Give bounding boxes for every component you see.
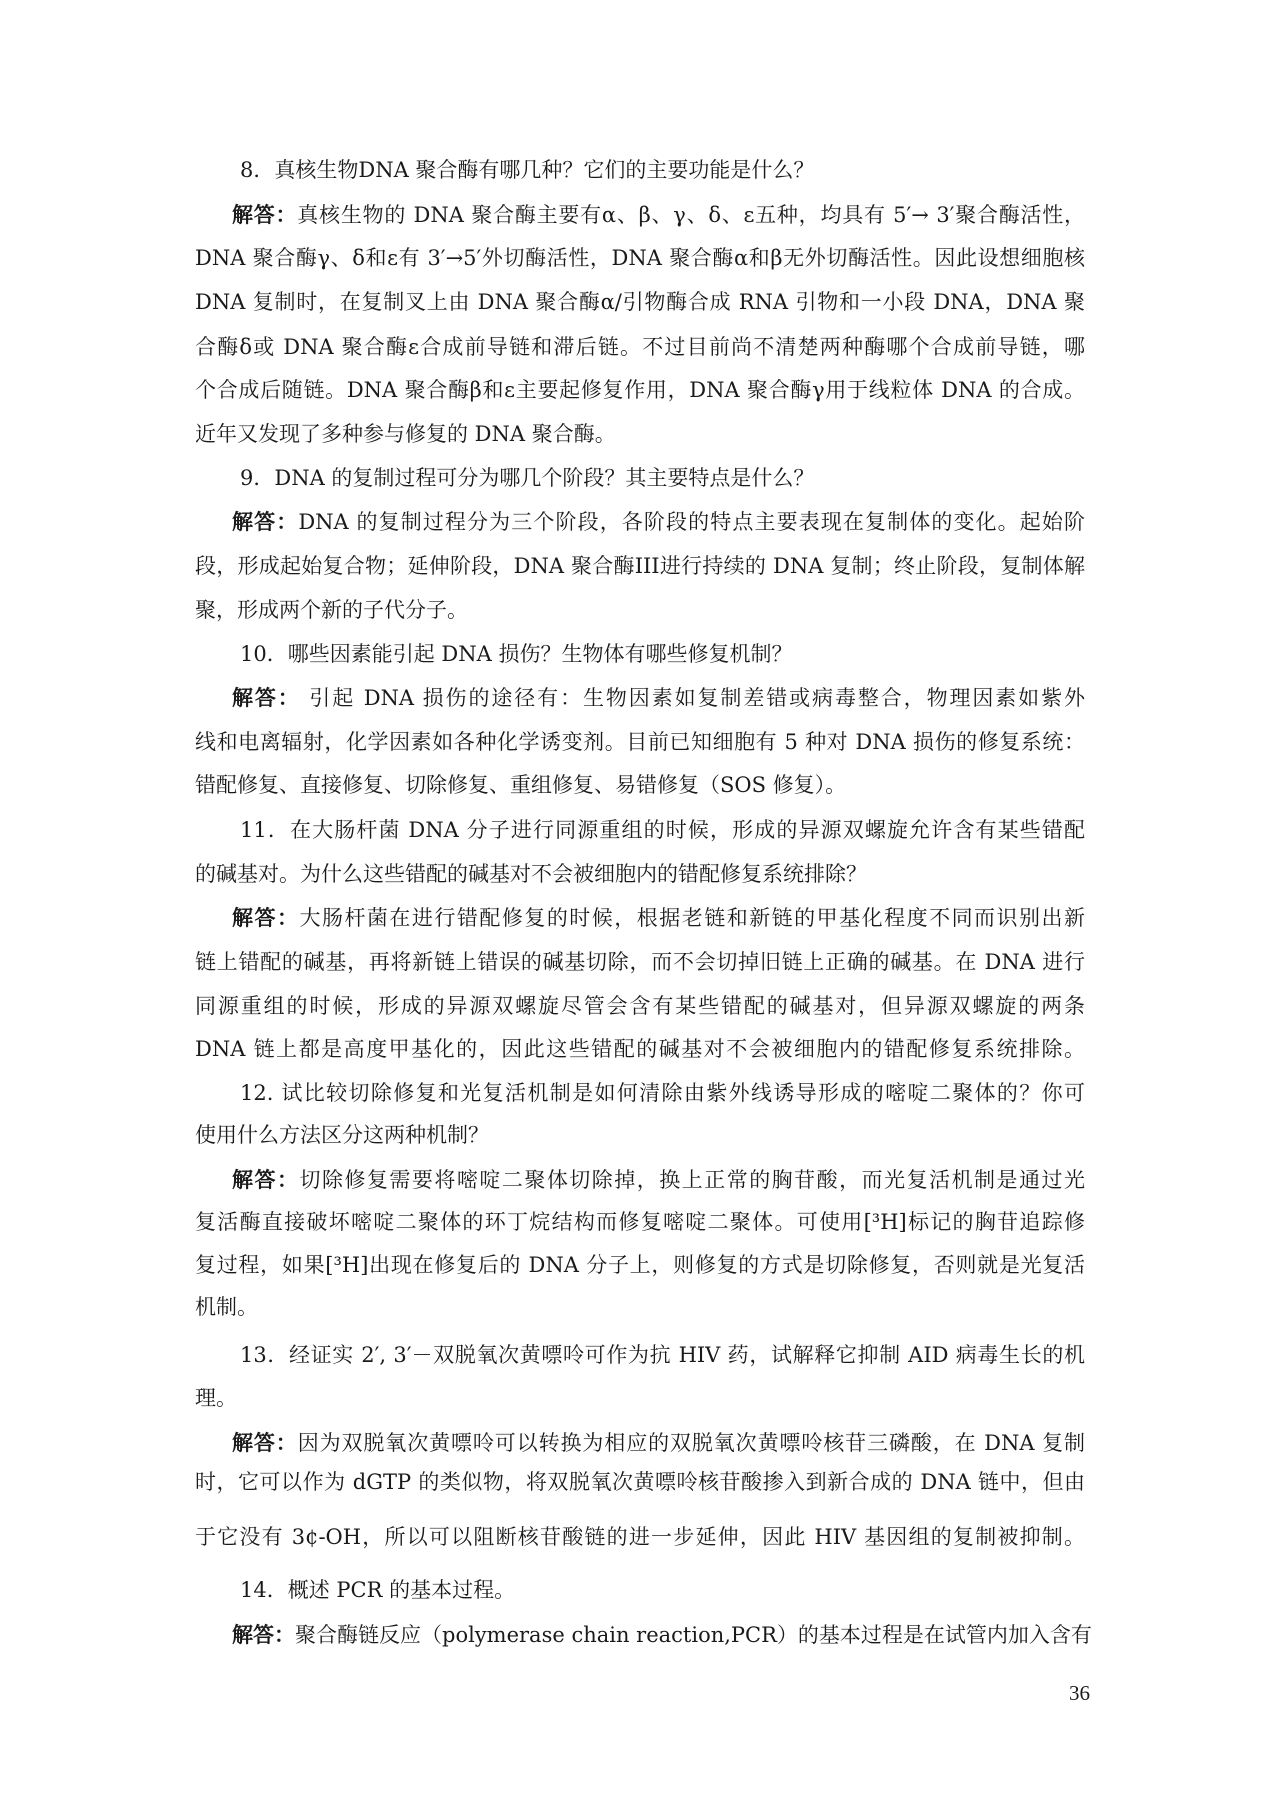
text-line: 于它没有 3¢-OH，所以可以阻断核苷酸链的进一步延伸，因此 HIV 基因组的复…	[195, 1522, 1085, 1552]
line-text: 切除修复需要将嘧啶二聚体切除掉，换上正常的胸苷酸，而光复活机制是通过光	[299, 1168, 1085, 1192]
line-text: 错配修复、直接修复、切除修复、重组修复、易错修复（SOS 修复）。	[195, 773, 846, 797]
text-line: 线和电离辐射，化学因素如各种化学诱变剂。目前已知细胞有 5 种对 DNA 损伤的…	[195, 727, 1085, 757]
line-text: 因为双脱氧次黄嘌呤可以转换为相应的双脱氧次黄嘌呤核苷三磷酸，在 DNA 复制	[298, 1431, 1085, 1455]
answer-label: 解答：	[232, 905, 299, 930]
question-line: 13．经证实 2′, 3′－双脱氧次黄嘌呤可作为抗 HIV 药，试解释它抑制 A…	[240, 1340, 1085, 1370]
line-text: 线和电离辐射，化学因素如各种化学诱变剂。目前已知细胞有 5 种对 DNA 损伤的…	[195, 730, 1085, 754]
line-text: 同源重组的时候，形成的异源双螺旋尽管会含有某些错配的碱基对，但异源双螺旋的两条	[195, 994, 1085, 1018]
answer-line: 解答：真核生物的 DNA 聚合酶主要有α、β、γ、δ、ε五种，均具有 5′→ 3…	[232, 200, 1085, 230]
line-text: 时，它可以作为 dGTP 的类似物，将双脱氧次黄嘌呤核苷酸掺入到新合成的 DNA…	[195, 1470, 1085, 1494]
text-line: 使用什么方法区分这两种机制？	[195, 1120, 1085, 1150]
text-line: 合酶δ或 DNA 聚合酶ε合成前导链和滞后链。不过目前尚不清楚两种酶哪个合成前导…	[195, 332, 1085, 362]
line-text: 聚，形成两个新的子代分子。	[195, 598, 468, 622]
line-text: DNA 聚合酶γ、δ和ε有 3′→5′外切酶活性，DNA 聚合酶α和β无外切酶活…	[195, 246, 1085, 270]
question-line: 9．DNA 的复制过程可分为哪几个阶段？其主要特点是什么？	[240, 463, 1085, 493]
question-line: 12. 试比较切除修复和光复活机制是如何清除由紫外线诱导形成的嘧啶二聚体的？你可	[240, 1078, 1085, 1108]
text-line: DNA 复制时，在复制叉上由 DNA 聚合酶α/引物酶合成 RNA 引物和一小段…	[195, 287, 1085, 317]
answer-line: 解答：因为双脱氧次黄嘌呤可以转换为相应的双脱氧次黄嘌呤核苷三磷酸，在 DNA 复…	[232, 1428, 1085, 1458]
line-text: 13．经证实 2′, 3′－双脱氧次黄嘌呤可作为抗 HIV 药，试解释它抑制 A…	[240, 1343, 1085, 1367]
line-text: 近年又发现了多种参与修复的 DNA 聚合酶。	[195, 422, 616, 446]
document-page: 8．真核生物DNA 聚合酶有哪几种？它们的主要功能是什么？解答：真核生物的 DN…	[0, 0, 1280, 1810]
line-text: 大肠杆菌在进行错配修复的时候，根据老链和新链的甲基化程度不同而识别出新	[299, 906, 1085, 930]
line-text: 于它没有 3¢-OH，所以可以阻断核苷酸链的进一步延伸，因此 HIV 基因组的复…	[195, 1525, 1085, 1549]
text-line: 聚，形成两个新的子代分子。	[195, 595, 1085, 625]
line-text: 10．哪些因素能引起 DNA 损伤？生物体有哪些修复机制？	[240, 642, 792, 666]
line-text: 理。	[195, 1386, 237, 1410]
answer-line: 解答：切除修复需要将嘧啶二聚体切除掉，换上正常的胸苷酸，而光复活机制是通过光	[232, 1165, 1085, 1195]
line-text: 聚合酶链反应（polymerase chain reaction,PCR）的基本…	[295, 1623, 1092, 1647]
line-text: 个合成后随链。DNA 聚合酶β和ε主要起修复作用，DNA 聚合酶γ用于线粒体 D…	[195, 378, 1085, 402]
line-text: DNA 复制时，在复制叉上由 DNA 聚合酶α/引物酶合成 RNA 引物和一小段…	[195, 290, 1085, 314]
line-text: 真核生物的 DNA 聚合酶主要有α、β、γ、δ、ε五种，均具有 5′→ 3′聚合…	[297, 203, 1085, 227]
line-text: 11．在大肠杆菌 DNA 分子进行同源重组的时候，形成的异源双螺旋允许含有某些错…	[240, 818, 1085, 842]
line-text: DNA 链上都是高度甲基化的，因此这些错配的碱基对不会被细胞内的错配修复系统排除…	[195, 1037, 1085, 1061]
answer-line: 解答： 引起 DNA 损伤的途径有：生物因素如复制差错或病毒整合，物理因素如紫外	[232, 683, 1085, 713]
text-line: DNA 聚合酶γ、δ和ε有 3′→5′外切酶活性，DNA 聚合酶α和β无外切酶活…	[195, 243, 1085, 273]
text-line: 同源重组的时候，形成的异源双螺旋尽管会含有某些错配的碱基对，但异源双螺旋的两条	[195, 991, 1085, 1021]
question-line: 8．真核生物DNA 聚合酶有哪几种？它们的主要功能是什么？	[240, 155, 1085, 185]
line-text: 段，形成起始复合物；延伸阶段，DNA 聚合酶III进行持续的 DNA 复制；终止…	[195, 554, 1085, 578]
answer-line: 解答：聚合酶链反应（polymerase chain reaction,PCR）…	[232, 1620, 1085, 1650]
question-line: 14．概述 PCR 的基本过程。	[240, 1575, 1085, 1605]
line-text: 使用什么方法区分这两种机制？	[195, 1123, 489, 1147]
text-line: 段，形成起始复合物；延伸阶段，DNA 聚合酶III进行持续的 DNA 复制；终止…	[195, 551, 1085, 581]
line-text: 复活酶直接破坏嘧啶二聚体的环丁烷结构而修复嘧啶二聚体。可使用[³H]标记的胸苷追…	[195, 1210, 1085, 1234]
page-number: 36	[1060, 1678, 1090, 1708]
answer-label: 解答：	[232, 202, 297, 227]
answer-label: 解答：	[232, 1430, 298, 1455]
line-text: 机制。	[195, 1295, 258, 1319]
answer-line: 解答：DNA 的复制过程分为三个阶段，各阶段的特点主要表现在复制体的变化。起始阶	[232, 507, 1085, 537]
text-line: 复活酶直接破坏嘧啶二聚体的环丁烷结构而修复嘧啶二聚体。可使用[³H]标记的胸苷追…	[195, 1207, 1085, 1237]
line-text: 14．概述 PCR 的基本过程。	[240, 1578, 515, 1602]
answer-label: 解答：	[232, 685, 301, 710]
text-line: 理。	[195, 1383, 1085, 1413]
line-text: 合酶δ或 DNA 聚合酶ε合成前导链和滞后链。不过目前尚不清楚两种酶哪个合成前导…	[195, 335, 1085, 359]
line-text: 的碱基对。为什么这些错配的碱基对不会被细胞内的错配修复系统排除？	[195, 862, 867, 886]
text-line: 机制。	[195, 1292, 1085, 1322]
line-text: DNA 的复制过程分为三个阶段，各阶段的特点主要表现在复制体的变化。起始阶	[298, 510, 1085, 534]
answer-line: 解答：大肠杆菌在进行错配修复的时候，根据老链和新链的甲基化程度不同而识别出新	[232, 903, 1085, 933]
line-text: 复过程，如果[³H]出现在修复后的 DNA 分子上，则修复的方式是切除修复，否则…	[195, 1253, 1085, 1277]
text-line: 近年又发现了多种参与修复的 DNA 聚合酶。	[195, 419, 1085, 449]
question-line: 11．在大肠杆菌 DNA 分子进行同源重组的时候，形成的异源双螺旋允许含有某些错…	[240, 815, 1085, 845]
text-line: 的碱基对。为什么这些错配的碱基对不会被细胞内的错配修复系统排除？	[195, 859, 1085, 889]
line-text: 12. 试比较切除修复和光复活机制是如何清除由紫外线诱导形成的嘧啶二聚体的？你可	[240, 1081, 1085, 1105]
line-text: 9．DNA 的复制过程可分为哪几个阶段？其主要特点是什么？	[240, 466, 814, 490]
answer-label: 解答：	[232, 509, 298, 534]
text-line: 时，它可以作为 dGTP 的类似物，将双脱氧次黄嘌呤核苷酸掺入到新合成的 DNA…	[195, 1467, 1085, 1497]
text-line: 链上错配的碱基，再将新链上错误的碱基切除，而不会切掉旧链上正确的碱基。在 DNA…	[195, 947, 1085, 977]
line-text: 引起 DNA 损伤的途径有：生物因素如复制差错或病毒整合，物理因素如紫外	[301, 686, 1085, 710]
text-line: 错配修复、直接修复、切除修复、重组修复、易错修复（SOS 修复）。	[195, 770, 1085, 800]
answer-label: 解答：	[232, 1167, 299, 1192]
answer-label: 解答：	[232, 1622, 295, 1647]
line-text: 链上错配的碱基，再将新链上错误的碱基切除，而不会切掉旧链上正确的碱基。在 DNA…	[195, 950, 1085, 974]
question-line: 10．哪些因素能引起 DNA 损伤？生物体有哪些修复机制？	[240, 639, 1085, 669]
text-line: DNA 链上都是高度甲基化的，因此这些错配的碱基对不会被细胞内的错配修复系统排除…	[195, 1034, 1085, 1064]
text-line: 复过程，如果[³H]出现在修复后的 DNA 分子上，则修复的方式是切除修复，否则…	[195, 1250, 1085, 1280]
line-text: 8．真核生物DNA 聚合酶有哪几种？它们的主要功能是什么？	[240, 158, 814, 182]
text-line: 个合成后随链。DNA 聚合酶β和ε主要起修复作用，DNA 聚合酶γ用于线粒体 D…	[195, 375, 1085, 405]
